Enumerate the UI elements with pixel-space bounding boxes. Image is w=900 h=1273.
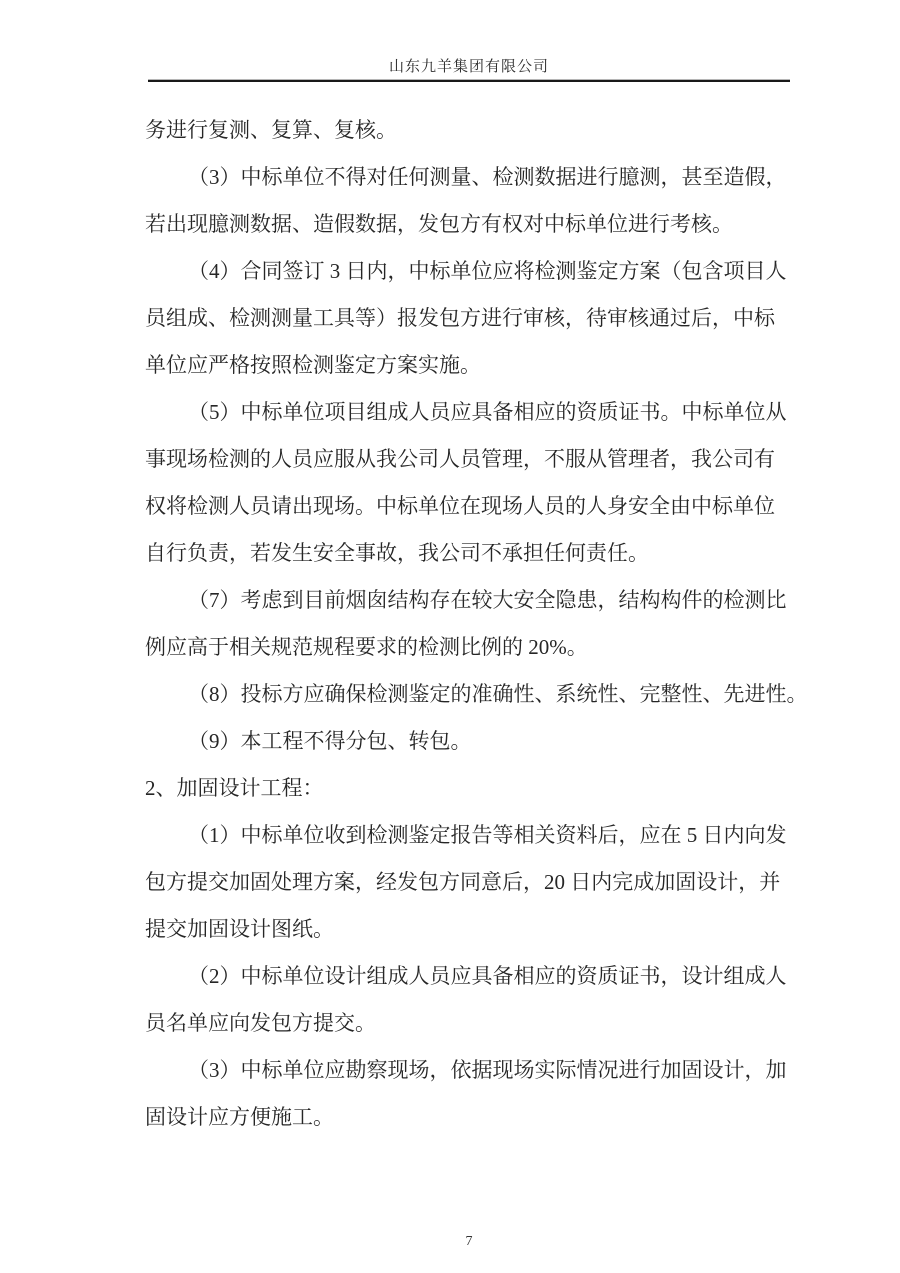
text-line: （4）合同签订 3 日内，中标单位应将检测鉴定方案（包含项目人	[145, 248, 805, 295]
text-line: 2、加固设计工程：	[145, 765, 805, 812]
document-page: { "header": { "company": "山东九羊集团有限公司" },…	[0, 0, 900, 1273]
header-company-name: 山东九羊集团有限公司	[148, 55, 790, 76]
text-line: （1）中标单位收到检测鉴定报告等相关资料后，应在 5 日内向发	[145, 812, 805, 859]
text-line: 员名单应向发包方提交。	[145, 1000, 805, 1047]
text-line: 自行负责，若发生安全事故，我公司不承担任何责任。	[145, 530, 805, 577]
document-body: 务进行复测、复算、复核。（3）中标单位不得对任何测量、检测数据进行臆测，甚至造假…	[145, 107, 805, 1141]
text-line: 例应高于相关规范规程要求的检测比例的 20%。	[145, 624, 805, 671]
text-line: （2）中标单位设计组成人员应具备相应的资质证书，设计组成人	[145, 953, 805, 1000]
text-line: （7）考虑到目前烟囱结构存在较大安全隐患，结构构件的检测比	[145, 577, 805, 624]
text-line: （9）本工程不得分包、转包。	[145, 718, 805, 765]
text-line: 权将检测人员请出现场。中标单位在现场人员的人身安全由中标单位	[145, 483, 805, 530]
text-line: 包方提交加固处理方案，经发包方同意后，20 日内完成加固设计，并	[145, 859, 805, 906]
text-line: （3）中标单位应勘察现场，依据现场实际情况进行加固设计，加	[145, 1047, 805, 1094]
text-line: 提交加固设计图纸。	[145, 906, 805, 953]
text-line: （3）中标单位不得对任何测量、检测数据进行臆测，甚至造假，	[145, 154, 805, 201]
text-line: 固设计应方便施工。	[145, 1094, 805, 1141]
text-line: 员组成、检测测量工具等）报发包方进行审核，待审核通过后，中标	[145, 295, 805, 342]
text-line: 事现场检测的人员应服从我公司人员管理，不服从管理者，我公司有	[145, 436, 805, 483]
text-line: 若出现臆测数据、造假数据，发包方有权对中标单位进行考核。	[145, 201, 805, 248]
text-line: 务进行复测、复算、复核。	[145, 107, 805, 154]
header-rule	[148, 79, 790, 82]
text-line: 单位应严格按照检测鉴定方案实施。	[145, 342, 805, 389]
page-number: 7	[148, 1234, 790, 1250]
text-line: （8）投标方应确保检测鉴定的准确性、系统性、完整性、先进性。	[145, 671, 805, 718]
text-line: （5）中标单位项目组成人员应具备相应的资质证书。中标单位从	[145, 389, 805, 436]
